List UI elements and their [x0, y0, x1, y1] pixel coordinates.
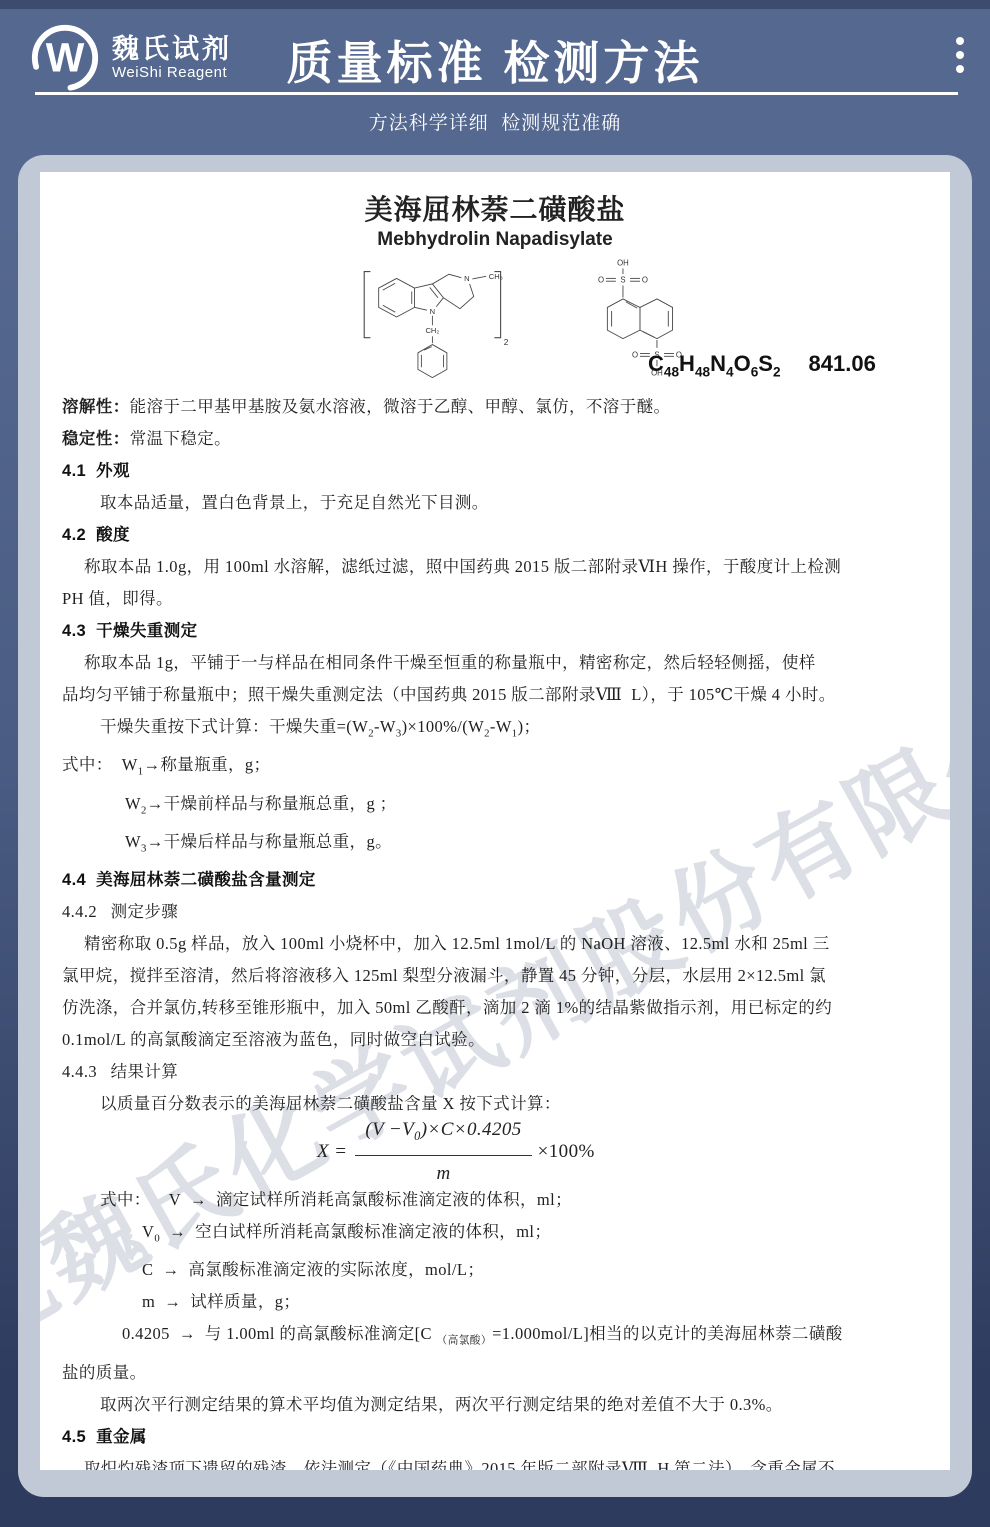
kebab-menu-icon[interactable]	[956, 37, 964, 73]
text-line: PH 值，即得。	[62, 583, 928, 615]
text-line: 称取本品 1g，平铺于一与样品在相同条件干燥至恒重的称量瓶中，精密称定，然后轻轻…	[62, 647, 928, 679]
svg-text:O: O	[598, 276, 604, 285]
header-divider	[35, 92, 958, 95]
text-line: 4.4.2 测定步骤	[62, 896, 928, 928]
text-line: 氯甲烷，搅拌至溶清，然后将溶液移入 125ml 梨型分液漏斗，静置 45 分钟，…	[62, 960, 928, 992]
svg-text:OH: OH	[617, 259, 629, 268]
text-line: 精密称取 0.5g 样品，放入 100ml 小烧杯中，加入 12.5ml 1mo…	[62, 928, 928, 960]
svg-text:N: N	[464, 274, 469, 283]
chemical-structure: N N CH₃ CH₂ 2	[62, 255, 928, 381]
molecular-formula: C48H48N4O6S2841.06	[648, 351, 876, 379]
text-line: 溶解性：能溶于二甲基甲基胺及氨水溶液，微溶于乙醇、甲醇、氯仿，不溶于醚。	[62, 391, 928, 423]
text-line: 品均匀平铺于称量瓶中；照干燥失重测定法（中国药典 2015 版二部附录Ⅷ L），…	[62, 679, 928, 711]
formula-text: C48H48N4O6S2	[648, 351, 781, 376]
text-line: 式中： W1→称量瓶重，g；	[62, 749, 928, 787]
document-body: 美海屈林萘二磺酸盐 Mebhydrolin Napadisylate	[40, 188, 950, 1470]
text-line: 4.4 美海屈林萘二磺酸盐含量测定	[62, 864, 928, 896]
document-text-block-2: 式中： V → 滴定试样所消耗高氯酸标准滴定液的体积，ml；V0 → 空白试样所…	[62, 1184, 928, 1470]
compound-name-cn: 美海屈林萘二磺酸盐	[62, 188, 928, 228]
page-title: 质量标准 检测方法	[0, 27, 990, 93]
compound-name-en: Mebhydrolin Napadisylate	[62, 229, 928, 251]
mebhydrolin-structure-icon: N N CH₃ CH₂ 2	[338, 255, 553, 379]
text-line: 4.4.3 结果计算	[62, 1056, 928, 1088]
text-line: 4.2 酸度	[62, 519, 928, 551]
text-line: 取两次平行测定结果的算术平均值为测定结果，两次平行测定结果的绝对差值不大于 0.…	[62, 1389, 928, 1421]
svg-text:N: N	[430, 307, 435, 316]
formula-fraction: (V −V0)×C×0.4205 m	[355, 1114, 531, 1190]
document-card: 湖北魏氏化学试剂股份有限公司 美海屈林萘二磺酸盐 Mebhydrolin Nap…	[18, 155, 972, 1497]
text-line: C → 高氯酸标准滴定液的实际浓度，mol/L；	[62, 1254, 928, 1286]
document-sheet: 湖北魏氏化学试剂股份有限公司 美海屈林萘二磺酸盐 Mebhydrolin Nap…	[40, 172, 950, 1470]
text-line: 盐的质量。	[62, 1357, 928, 1389]
text-line: m → 试样质量，g；	[62, 1286, 928, 1318]
text-line: 称取本品 1.0g，用 100ml 水溶解，滤纸过滤，照中国药典 2015 版二…	[62, 551, 928, 583]
assay-formula: X = (V −V0)×C×0.4205 m ×100%	[62, 1120, 928, 1184]
text-line: 仿洗涤，合并氯仿,转移至锥形瓶中，加入 50ml 乙酸酐，滴加 2 滴 1%的结…	[62, 992, 928, 1024]
text-line: 稳定性：常温下稳定。	[62, 423, 928, 455]
svg-text:2: 2	[504, 338, 509, 347]
svg-text:O: O	[642, 276, 648, 285]
page: W 魏氏试剂 WeiShi Reagent 质量标准 检测方法 方法科学详细 检…	[0, 0, 990, 1527]
text-line: 0.4205 → 与 1.00ml 的高氯酸标准滴定[C （高氯酸）=1.000…	[62, 1318, 928, 1356]
text-line: V0 → 空白试样所消耗高氯酸标准滴定液的体积，ml；	[62, 1216, 928, 1254]
document-text-block-1: 溶解性：能溶于二甲基甲基胺及氨水溶液，微溶于乙醇、甲醇、氯仿，不溶于醚。稳定性：…	[62, 391, 928, 1120]
formula-suffix: ×100%	[538, 1136, 595, 1168]
page-subtitle: 方法科学详细 检测规范准确	[0, 108, 990, 135]
top-strip	[0, 0, 990, 9]
molecular-weight: 841.06	[809, 351, 876, 376]
text-line: 干燥失重按下式计算：干燥失重=(W2-W3)×100%/(W2-W1)；	[62, 711, 928, 749]
formula-numerator: (V −V0)×C×0.4205	[355, 1114, 531, 1156]
formula-lhs: X =	[317, 1136, 347, 1168]
svg-text:O: O	[632, 351, 638, 360]
text-line: 取炽灼残渣项下遗留的残渣，依法测定（《中国药典》2015 年版二部附录Ⅷ H 第…	[62, 1453, 928, 1470]
text-line: W2→干燥前样品与称量瓶总重，g ；	[62, 788, 928, 826]
text-line: 0.1mol/L 的高氯酸滴定至溶液为蓝色，同时做空白试验。	[62, 1024, 928, 1056]
svg-text:S: S	[620, 276, 625, 285]
svg-text:CH₃: CH₃	[489, 272, 503, 281]
text-line: W3→干燥后样品与称量瓶总重，g。	[62, 826, 928, 864]
header: W 魏氏试剂 WeiShi Reagent 质量标准 检测方法 方法科学详细 检…	[0, 9, 990, 155]
text-line: 4.3 干燥失重测定	[62, 615, 928, 647]
text-line: 4.5 重金属	[62, 1421, 928, 1453]
text-line: 4.1 外观	[62, 455, 928, 487]
text-line: 取本品适量，置白色背景上，于充足自然光下目测。	[62, 487, 928, 519]
svg-text:CH₂: CH₂	[425, 326, 439, 335]
text-line: 式中： V → 滴定试样所消耗高氯酸标准滴定液的体积，ml；	[62, 1184, 928, 1216]
